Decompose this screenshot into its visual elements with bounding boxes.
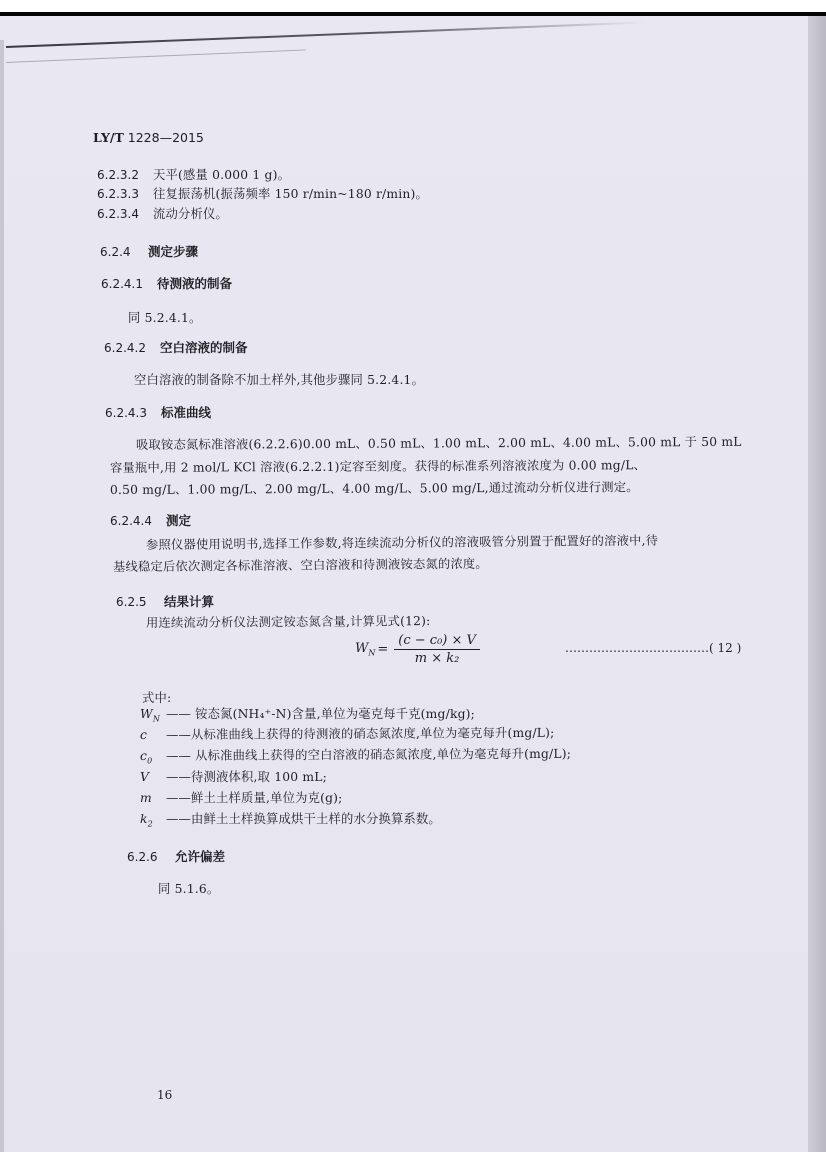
item-number: 6.2.3.2 [97,167,153,183]
section-heading-6-2-4-2: 6.2.4.2空白溶液的制备 [104,340,248,356]
section-number: 6.2.5 [116,594,164,610]
standard-code: LY/T [93,130,124,145]
variable-definition: c——从标准曲线上获得的待测液的硝态氮浓度,单位为毫克每升(mg/L); [140,725,555,749]
item-text: 流动分析仪。 [153,207,228,221]
item-number: 6.2.3.4 [97,206,153,222]
section-heading-6-2-5: 6.2.5结果计算 [116,594,214,610]
section-heading-6-2-6: 6.2.6允许偏差 [127,849,225,865]
formula-numerator: (c − c₀) × V [394,633,480,650]
variable-definition: m——鲜土土样质量,单位为克(g); [140,790,342,811]
equals-sign: = [377,642,388,657]
variable-definition: c0—— 从标准曲线上获得的空白溶液的硝态氮浓度,单位为毫克每升(mg/L); [140,746,571,770]
paragraph-line: 参照仪器使用说明书,选择工作参数,将连续流动分析仪的溶液吸管分别置于配置好的溶液… [146,533,658,553]
paragraph: 空白溶液的制备除不加土样外,其他步骤同 5.2.4.1。 [134,372,424,388]
section-title: 结果计算 [164,594,214,609]
equation-number: ………………………………( 12 ) [565,641,741,655]
section-number: 6.2.4.1 [101,276,157,292]
formula-denominator: m × k₂ [411,650,464,666]
section-number: 6.2.4.4 [110,513,166,529]
paragraph: 用连续流动分析仪法测定铵态氮含量,计算见式(12): [146,613,431,631]
variable-definition: k2——由鲜土土样换算成烘干土样的水分换算系数。 [140,811,441,832]
equation-12: WN = (c − c₀) × V m × k₂ [355,633,480,666]
formula-fraction: (c − c₀) × V m × k₂ [394,633,480,666]
page-number: 16 [157,1088,172,1102]
formula-lhs: WN [355,641,375,658]
section-number: 6.2.6 [127,849,175,865]
section-heading-6-2-4-4: 6.2.4.4测定 [110,513,191,529]
section-number: 6.2.4 [100,244,148,260]
variable-definition: V——待测液体积,取 100 mL; [140,769,327,790]
section-title: 测定步骤 [148,244,198,259]
paragraph-line: 基线稳定后依次测定各标准溶液、空白溶液和待测液铵态氮的浓度。 [113,556,488,575]
paragraph-line: 容量瓶中,用 2 mol/L KCl 溶液(6.2.2.1)定容至刻度。获得的标… [110,457,646,476]
section-number: 6.2.4.2 [104,340,160,356]
item-6-2-3-4: 6.2.3.4流动分析仪。 [97,206,228,222]
item-number: 6.2.3.3 [97,186,153,202]
section-heading-6-2-4-1: 6.2.4.1待测液的制备 [101,276,232,292]
item-6-2-3-2: 6.2.3.2天平(感量 0.000 1 g)。 [97,167,290,183]
document-content: LY/T 1228—2015 6.2.3.2天平(感量 0.000 1 g)。 … [0,0,826,1169]
section-title: 空白溶液的制备 [160,340,248,355]
section-title: 待测液的制备 [157,276,232,291]
section-title: 允许偏差 [175,849,225,864]
item-text: 往复振荡机(振荡频率 150 r/min~180 r/min)。 [153,187,428,201]
paragraph: 同 5.1.6。 [158,881,219,897]
section-heading-6-2-4: 6.2.4测定步骤 [100,244,198,260]
standard-header: LY/T 1228—2015 [93,130,204,146]
paragraph: 同 5.2.4.1。 [128,310,202,326]
section-heading-6-2-4-3: 6.2.4.3标准曲线 [105,405,211,421]
where-label: 式中: [142,690,171,706]
item-6-2-3-3: 6.2.3.3往复振荡机(振荡频率 150 r/min~180 r/min)。 [97,186,428,202]
paragraph-line: 0.50 mg/L、1.00 mg/L、2.00 mg/L、4.00 mg/L、… [110,479,639,498]
section-title: 测定 [166,513,191,528]
section-number: 6.2.4.3 [105,405,161,421]
paragraph-line: 吸取铵态氮标准溶液(6.2.2.6)0.00 mL、0.50 mL、1.00 m… [136,434,742,453]
item-text: 天平(感量 0.000 1 g)。 [153,168,290,182]
variable-definition: WN—— 铵态氮(NH₄⁺-N)含量,单位为毫克每千克(mg/kg); [140,706,475,727]
standard-number: 1228—2015 [128,130,204,145]
section-title: 标准曲线 [161,405,211,420]
